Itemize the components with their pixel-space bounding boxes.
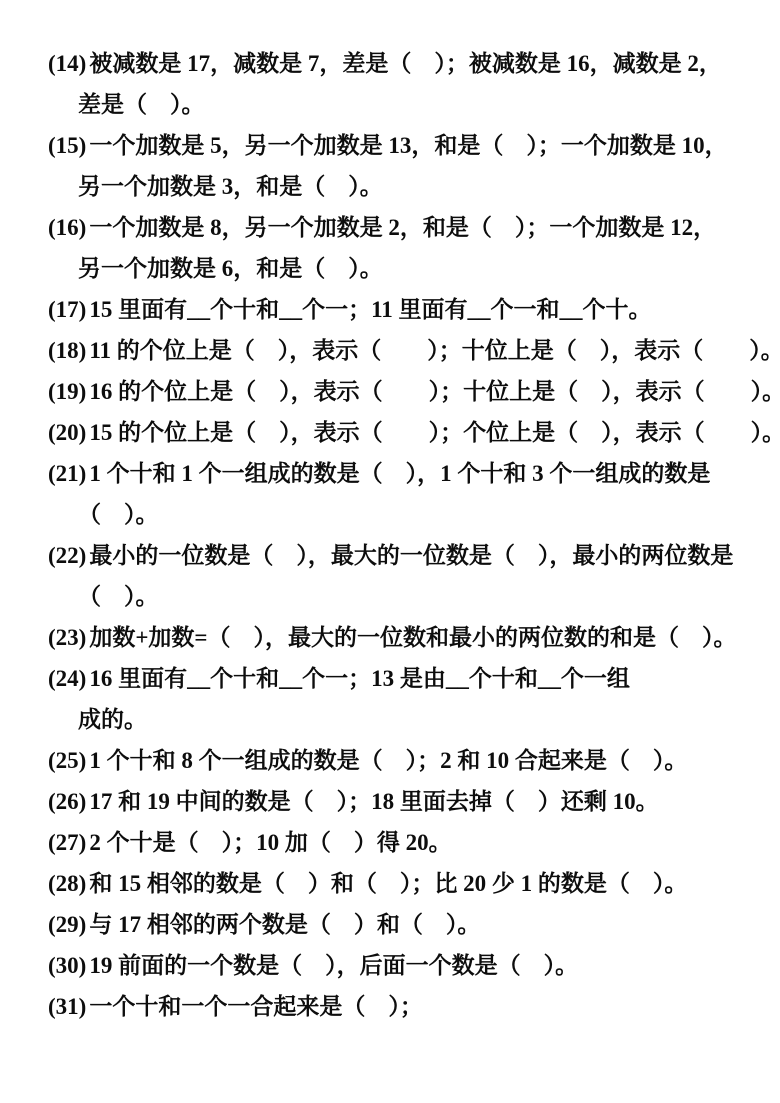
worksheet-lines: (14)被减数是 17，减数是 7，差是（ ）；被减数是 16，减数是 2， 差… [48, 43, 750, 1027]
worksheet-line: (19)16 的个位上是（ ），表示（ ）；十位上是（ ），表示（ ）。 [48, 371, 750, 412]
worksheet-line: (15)一个加数是 5，另一个加数是 13，和是（ ）；一个加数是 10， [48, 125, 750, 166]
worksheet-line: (17)15 里面有__个十和__个一；11 里面有__个一和__个十。 [48, 289, 750, 330]
worksheet-line: （ ）。 [48, 576, 750, 617]
worksheet-line: (28)和 15 相邻的数是（ ）和（ ）；比 20 少 1 的数是（ ）。 [48, 863, 750, 904]
question-text: 2 个十是（ ）；10 加（ ）得 20。 [89, 830, 451, 855]
question-number: (22) [48, 543, 86, 568]
worksheet-line: (25)1 个十和 8 个一组成的数是（ ）；2 和 10 合起来是（ ）。 [48, 740, 750, 781]
question-number: (26) [48, 789, 86, 814]
question-text: 15 里面有__个十和__个一；11 里面有__个一和__个十。 [89, 297, 651, 322]
question-text: 1 个十和 1 个一组成的数是（ ），1 个十和 3 个一组成的数是 [89, 461, 710, 486]
worksheet-line: (26)17 和 19 中间的数是（ ）；18 里面去掉（ ）还剩 10。 [48, 781, 750, 822]
question-number: (28) [48, 871, 86, 896]
worksheet-line: (22)最小的一位数是（ ），最大的一位数是（ ），最小的两位数是 [48, 535, 750, 576]
question-number: (17) [48, 297, 86, 322]
question-number: (25) [48, 748, 86, 773]
question-text: 16 里面有__个十和__个一；13 是由__个十和__个一组 [89, 666, 630, 691]
worksheet-page: (14)被减数是 17，减数是 7，差是（ ）；被减数是 16，减数是 2， 差… [0, 0, 780, 1103]
worksheet-line: (29)与 17 相邻的两个数是（ ）和（ ）。 [48, 904, 750, 945]
worksheet-line: (20)15 的个位上是（ ），表示（ ）；个位上是（ ），表示（ ）。 [48, 412, 750, 453]
question-number: (29) [48, 912, 86, 937]
worksheet-line: 差是（ ）。 [48, 84, 750, 125]
question-text: 另一个加数是 6，和是（ ）。 [78, 256, 383, 281]
worksheet-line: (21)1 个十和 1 个一组成的数是（ ），1 个十和 3 个一组成的数是 [48, 453, 750, 494]
worksheet-line: (23)加数+加数=（ ），最大的一位数和最小的两位数的和是（ ）。 [48, 617, 750, 658]
question-text: 被减数是 17，减数是 7，差是（ ）；被减数是 16，减数是 2， [89, 51, 722, 76]
question-text: 与 17 相邻的两个数是（ ）和（ ）。 [89, 912, 480, 937]
question-text: 一个十和一个一合起来是（ ）； [89, 994, 423, 1019]
question-text: （ ）。 [78, 584, 159, 609]
worksheet-line: 成的。 [48, 699, 750, 740]
question-text: 1 个十和 8 个一组成的数是（ ）；2 和 10 合起来是（ ）。 [89, 748, 687, 773]
question-text: 差是（ ）。 [78, 92, 205, 117]
question-number: (16) [48, 215, 86, 240]
question-text: 最小的一位数是（ ），最大的一位数是（ ），最小的两位数是 [89, 543, 733, 568]
question-number: (30) [48, 953, 86, 978]
question-text: 成的。 [78, 707, 147, 732]
worksheet-line: （ ）。 [48, 494, 750, 535]
worksheet-line: (14)被减数是 17，减数是 7，差是（ ）；被减数是 16，减数是 2， [48, 43, 750, 84]
question-number: (14) [48, 51, 86, 76]
worksheet-line: (31)一个十和一个一合起来是（ ）； [48, 986, 750, 1027]
question-number: (27) [48, 830, 86, 855]
worksheet-line: (27)2 个十是（ ）；10 加（ ）得 20。 [48, 822, 750, 863]
question-number: (24) [48, 666, 86, 691]
worksheet-line: (16)一个加数是 8，另一个加数是 2，和是（ ）；一个加数是 12， [48, 207, 750, 248]
question-text: 19 前面的一个数是（ ），后面一个数是（ ）。 [89, 953, 578, 978]
question-number: (31) [48, 994, 86, 1019]
worksheet-line: (18)11 的个位上是（ ），表示（ ）；十位上是（ ），表示（ ）。 [48, 330, 750, 371]
worksheet-line: (24)16 里面有__个十和__个一；13 是由__个十和__个一组 [48, 658, 750, 699]
question-number: (23) [48, 625, 86, 650]
question-text: 16 的个位上是（ ），表示（ ）；十位上是（ ），表示（ ）。 [89, 379, 780, 404]
worksheet-line: (30)19 前面的一个数是（ ），后面一个数是（ ）。 [48, 945, 750, 986]
question-text: 一个加数是 8，另一个加数是 2，和是（ ）；一个加数是 12， [89, 215, 716, 240]
question-text: 另一个加数是 3，和是（ ）。 [78, 174, 383, 199]
worksheet-line: 另一个加数是 3，和是（ ）。 [48, 166, 750, 207]
question-text: 11 的个位上是（ ），表示（ ）；十位上是（ ），表示（ ）。 [89, 338, 780, 363]
worksheet-line: 另一个加数是 6，和是（ ）。 [48, 248, 750, 289]
question-text: （ ）。 [78, 502, 159, 527]
question-number: (19) [48, 379, 86, 404]
question-number: (18) [48, 338, 86, 363]
question-number: (20) [48, 420, 86, 445]
question-text: 一个加数是 5，另一个加数是 13，和是（ ）；一个加数是 10， [89, 133, 727, 158]
question-text: 加数+加数=（ ），最大的一位数和最小的两位数的和是（ ）。 [89, 625, 736, 650]
question-number: (21) [48, 461, 86, 486]
question-text: 17 和 19 中间的数是（ ）；18 里面去掉（ ）还剩 10。 [89, 789, 658, 814]
question-number: (15) [48, 133, 86, 158]
question-text: 和 15 相邻的数是（ ）和（ ）；比 20 少 1 的数是（ ）。 [89, 871, 687, 896]
question-text: 15 的个位上是（ ），表示（ ）；个位上是（ ），表示（ ）。 [89, 420, 780, 445]
